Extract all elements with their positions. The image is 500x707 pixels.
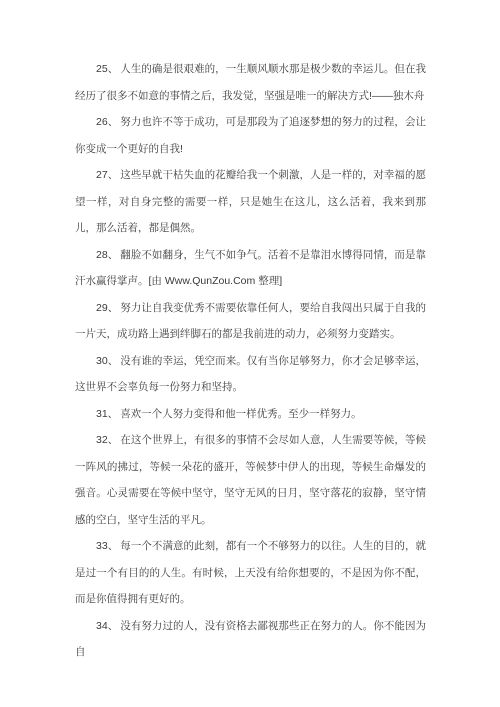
quote-number: 32、 xyxy=(96,434,118,446)
quote-number: 34、 xyxy=(96,620,118,632)
quote-text: 努力让自我变优秀不需要依靠任何人，要给自我闯出只属于自我的一片天，成功路上遇到绊… xyxy=(75,302,426,341)
quote-number: 26、 xyxy=(96,116,118,128)
quote-paragraph-28: 28、翻脸不如翻身，生气不如争气。活着不是靠泪水博得同情，而是靠汗水赢得掌声。[… xyxy=(75,242,426,295)
quote-paragraph-29: 29、努力让自我变优秀不需要依靠任何人，要给自我闯出只属于自我的一片天，成功路上… xyxy=(75,295,426,348)
quote-number: 25、 xyxy=(96,63,118,75)
quote-text: 在这个世界上，有很多的事情不会尽如人意，人生需要等候，等候一阵风的拂过，等候一朵… xyxy=(75,434,426,526)
quote-text: 这些早就干枯失血的花瓣给我一个刺激，人是一样的，对幸福的愿望一样，对自身完整的需… xyxy=(75,169,426,234)
quote-number: 28、 xyxy=(96,249,118,261)
quote-paragraph-32: 32、在这个世界上，有很多的事情不会尽如人意，人生需要等候，等候一阵风的拂过，等… xyxy=(75,427,426,533)
quote-text: 没有谁的幸运，凭空而来。仅有当你足够努力，你才会足够幸运，这世界不会辜负每一份努… xyxy=(75,355,426,394)
quote-text: 每一个不满意的此刻，都有一个不够努力的以往。人生的目的，就是过一个有目的的人生。… xyxy=(75,540,426,605)
quote-text: 努力也许不等于成功，可是那段为了追逐梦想的努力的过程，会让你变成一个更好的自我! xyxy=(75,116,426,155)
document-page: 25、人生的确是很艰难的，一生顺风顺水那是极少数的幸运儿。但在我经历了很多不如意… xyxy=(0,0,500,707)
quote-text: 翻脸不如翻身，生气不如争气。活着不是靠泪水博得同情，而是靠汗水赢得掌声。[由 W… xyxy=(75,249,426,288)
quote-paragraph-25: 25、人生的确是很艰难的，一生顺风顺水那是极少数的幸运儿。但在我经历了很多不如意… xyxy=(75,56,426,109)
quote-text: 没有努力过的人，没有资格去鄙视那些正在努力的人。你不能因为自 xyxy=(75,620,426,659)
quote-paragraph-34: 34、没有努力过的人，没有资格去鄙视那些正在努力的人。你不能因为自 xyxy=(75,613,426,666)
quote-number: 33、 xyxy=(96,540,118,552)
quote-number: 29、 xyxy=(96,302,118,314)
quote-number: 30、 xyxy=(96,355,118,367)
quote-paragraph-31: 31、喜欢一个人努力变得和他一样优秀。至少一样努力。 xyxy=(75,401,426,428)
quote-paragraph-30: 30、没有谁的幸运，凭空而来。仅有当你足够努力，你才会足够幸运，这世界不会辜负每… xyxy=(75,348,426,401)
quote-text: 喜欢一个人努力变得和他一样优秀。至少一样努力。 xyxy=(120,408,362,420)
quote-text: 人生的确是很艰难的，一生顺风顺水那是极少数的幸运儿。但在我经历了很多不如意的事情… xyxy=(75,63,426,102)
quote-number: 31、 xyxy=(96,408,118,420)
quote-number: 27、 xyxy=(96,169,118,181)
quote-paragraph-27: 27、这些早就干枯失血的花瓣给我一个刺激，人是一样的，对幸福的愿望一样，对自身完… xyxy=(75,162,426,242)
quote-paragraph-33: 33、每一个不满意的此刻，都有一个不够努力的以往。人生的目的，就是过一个有目的的… xyxy=(75,533,426,613)
quote-paragraph-26: 26、努力也许不等于成功，可是那段为了追逐梦想的努力的过程，会让你变成一个更好的… xyxy=(75,109,426,162)
